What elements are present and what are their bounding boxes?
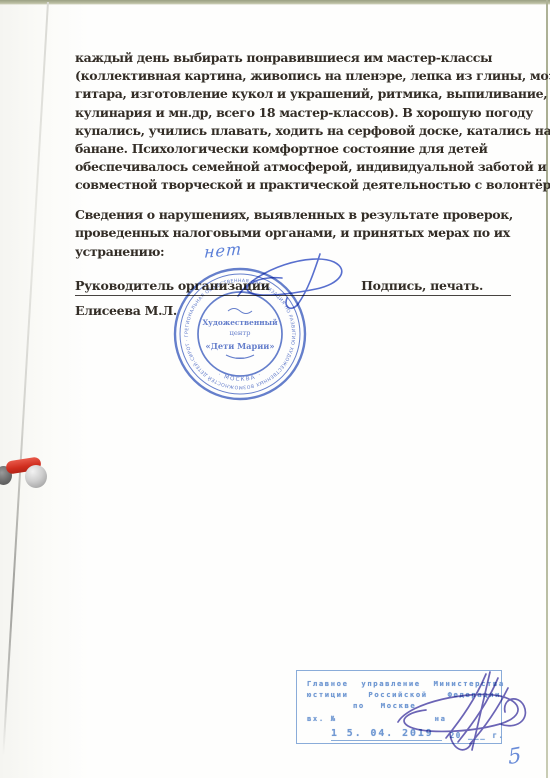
binder-seal-gray-disc (25, 465, 47, 488)
page-fold-line (1, 2, 49, 771)
paragraph-line: купались, учились плавать, ходить на сер… (75, 122, 511, 140)
paragraph-line: (коллективная картина, живопись на пленэ… (75, 67, 511, 85)
round-stamp-center-line2: центр (229, 329, 251, 337)
paragraph-line: гитара, изготовление кукол и украшений, … (75, 85, 511, 103)
scan-edge-right (546, 0, 548, 778)
round-stamp-center-line1: Художественный (202, 318, 278, 327)
violations-label: устранению: (75, 244, 164, 259)
paragraph-line: кулинария и мн.др, всего 18 мастер-класс… (75, 104, 511, 122)
handwritten-page-number: 5 (507, 743, 522, 769)
paragraph-line: банане. Психологически комфортное состоя… (75, 140, 511, 158)
round-stamp-ornament-bottom (226, 355, 254, 359)
paragraph-activities: каждый день выбирать понравившиеся им ма… (75, 49, 511, 195)
round-stamp-center-line3: «Дети Марии» (206, 341, 275, 351)
scanned-document-page: каждый день выбирать понравившиеся им ма… (0, 0, 550, 778)
paragraph-line: Сведения о нарушениях, выявленных в резу… (75, 206, 511, 224)
paragraph-line: каждый день выбирать понравившиеся им ма… (75, 49, 511, 67)
scan-edge-top (0, 0, 550, 5)
signature-seal-label: Подпись, печать. (361, 278, 483, 293)
paragraph-line: совместной творческой и практической дея… (75, 176, 511, 194)
paragraph-line: проведенных налоговыми органами, и приня… (75, 224, 511, 242)
paragraph-line: обеспечивалось семейной атмосферой, инди… (75, 158, 511, 176)
stamp-incoming-number-label: вх. № (307, 713, 337, 724)
director-signature (228, 246, 358, 318)
